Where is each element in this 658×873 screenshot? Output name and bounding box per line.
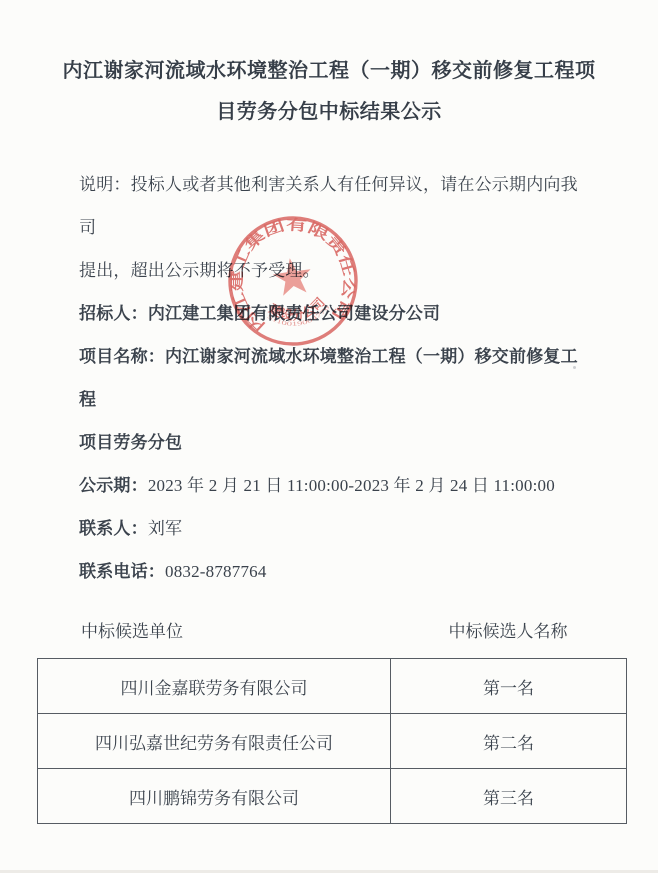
rank-cell: 第三名 [391,769,627,824]
document-page: 内江谢家河流域水环境整治工程（一期）移交前修复工程项 目劳务分包中标结果公示 说… [0,0,658,873]
table-row: 四川弘嘉世纪劳务有限责任公司 第二名 [38,714,627,769]
company-seal: 内江建工集团有限责任公司 建设分公司 5110019004776 [208,196,377,365]
title-line-2: 目劳务分包中标结果公示 [0,92,658,133]
contact-phone-value: 0832-8787764 [165,562,267,581]
table-header-row: 中标候选单位 中标候选人名称 [37,617,626,642]
contact-person-label: 联系人： [79,519,148,538]
rank-cell: 第二名 [391,714,627,769]
table-row: 四川鹏锦劳务有限公司 第三名 [38,769,627,824]
seal-star-icon [271,256,314,297]
page-title: 内江谢家河流域水环境整治工程（一期）移交前修复工程项 目劳务分包中标结果公示 [0,51,658,133]
contact-person-line: 联系人：刘军 [79,507,591,550]
rank-cell: 第一名 [391,659,627,714]
company-cell: 四川弘嘉世纪劳务有限责任公司 [38,714,391,769]
contact-person-value: 刘军 [148,519,182,538]
publicity-period-value: 2023 年 2 月 21 日 11:00:00-2023 年 2 月 24 日… [148,476,555,495]
publicity-period-label: 公示期： [79,476,148,495]
winner-unit-header: 中标候选单位 [37,617,390,642]
bidder-label: 招标人： [79,304,148,323]
contact-phone-line: 联系电话：0832-8787764 [79,550,591,593]
company-cell: 四川金嘉联劳务有限公司 [38,659,391,714]
scan-speck [573,366,576,369]
title-line-1: 内江谢家河流域水环境整治工程（一期）移交前修复工程项 [0,51,658,92]
project-name-line-2: 项目劳务分包 [79,421,591,464]
project-name-paragraph: 项目名称：内江谢家河流域水环境整治工程（一期）移交前修复工程 项目劳务分包 [79,335,591,464]
bid-results-table: 四川金嘉联劳务有限公司 第一名 四川弘嘉世纪劳务有限责任公司 第二名 四川鹏锦劳… [37,658,627,824]
contact-phone-label: 联系电话： [79,562,165,581]
company-cell: 四川鹏锦劳务有限公司 [38,769,391,824]
table-row: 四川金嘉联劳务有限公司 第一名 [38,659,627,714]
publicity-period-line: 公示期：2023 年 2 月 21 日 11:00:00-2023 年 2 月 … [79,464,591,507]
candidate-name-header: 中标候选人名称 [390,617,626,642]
